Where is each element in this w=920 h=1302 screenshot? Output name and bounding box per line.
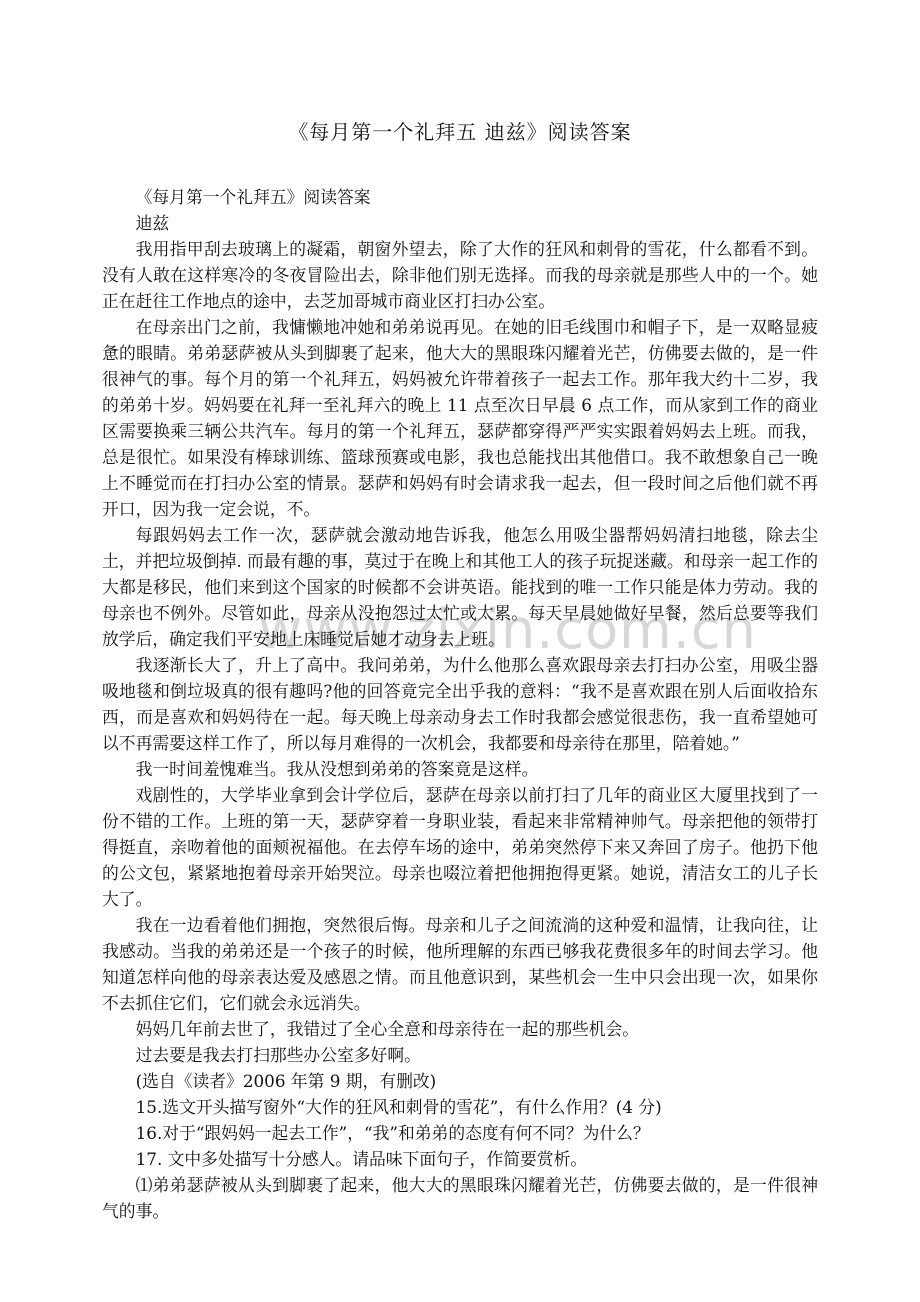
question-16: 16.对于“跟妈妈一起去工作”，“我”和弟弟的态度有何不同？为什么？ — [102, 1120, 818, 1146]
paragraph-1: 我用指甲刮去玻璃上的凝霜，朝窗外望去，除了大作的狂风和刺骨的雪花，什么都看不到。… — [102, 236, 818, 314]
article-heading: 《每月第一个礼拜五》阅读答案 — [102, 184, 818, 210]
question-15: 15.选文开头描写窗外“大作的狂风和刺骨的雪花”，有什么作用？(4 分) — [102, 1094, 818, 1120]
paragraph-4: 我逐渐长大了，升上了高中。我问弟弟，为什么他那么喜欢跟母亲去打扫办公室，用吸尘器… — [102, 652, 818, 756]
source-note: (选自《读者》2006 年第 9 期，有删改) — [102, 1068, 818, 1094]
paragraph-5: 我一时间羞愧难当。我从没想到弟弟的答案竟是这样。 — [102, 756, 818, 782]
article-author: 迪兹 — [102, 210, 818, 236]
page-title: 《每月第一个礼拜五 迪兹》阅读答案 — [0, 116, 920, 145]
paragraph-9: 过去要是我去打扫那些办公室多好啊。 — [102, 1042, 818, 1068]
paragraph-8: 妈妈几年前去世了，我错过了全心全意和母亲待在一起的那些机会。 — [102, 1016, 818, 1042]
document-page: www.zixin.com.cn 《每月第一个礼拜五 迪兹》阅读答案 《每月第一… — [0, 0, 920, 1302]
question-17: 17. 文中多处描写十分感人。请品味下面句子，作简要赏析。 — [102, 1146, 818, 1172]
paragraph-7: 我在一边看着他们拥抱，突然很后悔。母亲和儿子之间流淌的这种爱和温情，让我向往，让… — [102, 912, 818, 1016]
paragraph-6: 戏剧性的，大学毕业拿到会计学位后，瑟萨在母亲以前打扫了几年的商业区大厦里找到了一… — [102, 782, 818, 912]
question-17-sub1: ⑴弟弟瑟萨被从头到脚裹了起来，他大大的黑眼珠闪耀着光芒，仿佛要去做的，是一件很神… — [102, 1172, 818, 1224]
document-body: 《每月第一个礼拜五》阅读答案 迪兹 我用指甲刮去玻璃上的凝霜，朝窗外望去，除了大… — [102, 184, 818, 1224]
paragraph-3: 每跟妈妈去工作一次，瑟萨就会激动地告诉我，他怎么用吸尘器帮妈妈清扫地毯，除去尘土… — [102, 522, 818, 652]
paragraph-2: 在母亲出门之前，我慵懒地冲她和弟弟说再见。在她的旧毛线围巾和帽子下，是一双略显疲… — [102, 314, 818, 522]
